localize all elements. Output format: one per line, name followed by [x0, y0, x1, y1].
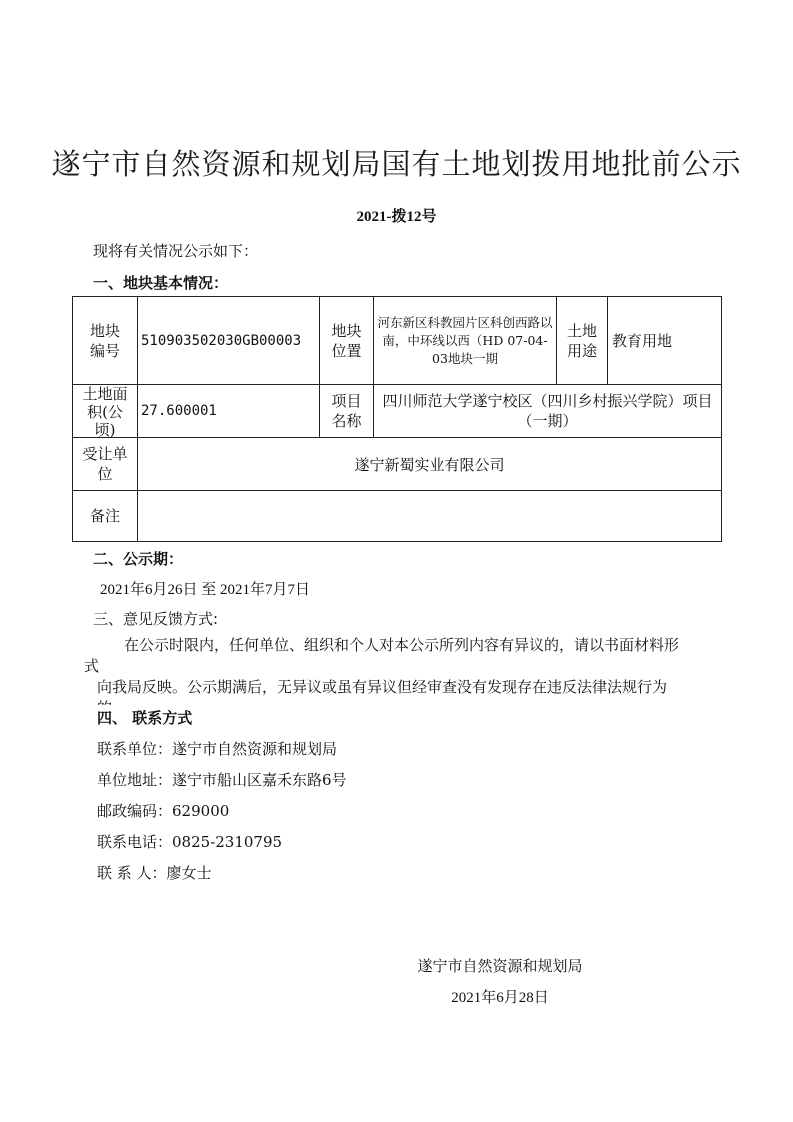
- section2-heading: 二、公示期：: [93, 548, 183, 569]
- plot-location-value: 河东新区科教园片区科创西路以南，中环线以西（HD 07-04-03地块一期: [374, 297, 557, 385]
- contact-address: 单位地址：遂宁市船山区嘉禾东路6号: [97, 769, 347, 790]
- contact-postcode: 邮政编码：629000: [97, 800, 229, 821]
- remarks-value: [138, 491, 722, 542]
- contact-postcode-label: 邮政编码：: [97, 802, 172, 820]
- contact-unit-label: 联系单位：: [97, 740, 172, 758]
- plot-info-table: 地块编号 510903502030GB00003 地块位置 河东新区科教园片区科…: [72, 296, 722, 542]
- plot-number-value: 510903502030GB00003: [138, 297, 320, 385]
- section4-heading: 四、 联系方式: [97, 707, 192, 728]
- land-area-label: 土地面积(公顷): [73, 385, 138, 438]
- contact-person-label: 联 系 人：: [97, 864, 167, 882]
- table-row: 地块编号 510903502030GB00003 地块位置 河东新区科教园片区科…: [73, 297, 722, 385]
- contact-unit-value: 遂宁市自然资源和规划局: [172, 740, 337, 758]
- contact-phone: 联系电话：0825-2310795: [97, 831, 282, 852]
- plot-location-label: 地块位置: [320, 297, 374, 385]
- contact-person-value: 廖女士: [167, 864, 212, 882]
- plot-number-label: 地块编号: [73, 297, 138, 385]
- remarks-label: 备注: [73, 491, 138, 542]
- feedback-line1-wrap: 式: [84, 655, 99, 676]
- contact-unit: 联系单位：遂宁市自然资源和规划局: [97, 738, 337, 759]
- contact-phone-value: 0825-2310795: [172, 833, 282, 851]
- signature-date: 2021年6月28日: [400, 986, 600, 1007]
- project-name-value: 四川师范大学遂宁校区（四川乡村振兴学院）项目（一期）: [374, 385, 722, 438]
- contact-address-label: 单位地址：: [97, 771, 172, 789]
- contact-person: 联 系 人：廖女士: [97, 862, 212, 883]
- contact-address-value: 遂宁市船山区嘉禾东路6号: [172, 771, 347, 789]
- intro-text: 现将有关情况公示如下：: [93, 240, 258, 261]
- project-name-label: 项目名称: [320, 385, 374, 438]
- section3-heading: 三、意见反馈方式:: [93, 608, 218, 629]
- land-use-value: 教育用地: [608, 297, 722, 385]
- publicity-period: 2021年6月26日 至 2021年7月7日: [100, 578, 310, 599]
- section1-heading: 一、地块基本情况：: [93, 272, 228, 293]
- table-row: 土地面积(公顷) 27.600001 项目名称 四川师范大学遂宁校区（四川乡村振…: [73, 385, 722, 438]
- assignee-label: 受让单位: [73, 438, 138, 491]
- signature-org: 遂宁市自然资源和规划局: [400, 955, 600, 976]
- contact-phone-label: 联系电话：: [97, 833, 172, 851]
- contact-postcode-value: 629000: [172, 802, 229, 820]
- land-area-value: 27.600001: [138, 385, 320, 438]
- feedback-line2-wrap: 的: [97, 697, 112, 705]
- assignee-value: 遂宁新蜀实业有限公司: [138, 438, 722, 491]
- document-number: 2021-拨12号: [0, 205, 793, 226]
- document-title: 遂宁市自然资源和规划局国有土地划拨用地批前公示: [0, 142, 793, 183]
- table-row: 受让单位 遂宁新蜀实业有限公司: [73, 438, 722, 491]
- feedback-line2: 向我局反映。公示期满后，无异议或虽有异议但经审查没有发现存在违反法律法规行为: [97, 676, 667, 697]
- table-row: 备注: [73, 491, 722, 542]
- feedback-line1: 在公示时限内，任何单位、组织和个人对本公示所列内容有异议的，请以书面材料形: [124, 634, 679, 655]
- land-use-label: 土地用途: [557, 297, 608, 385]
